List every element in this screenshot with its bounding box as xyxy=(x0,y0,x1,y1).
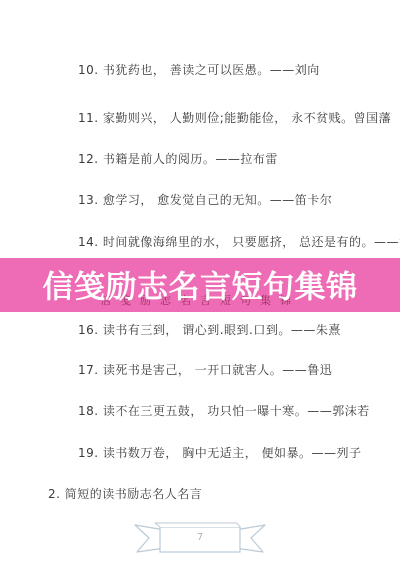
quote-line-18: 18. 读不在三更五鼓， 功只怕一曝十寒。——郭沫若 xyxy=(78,403,370,419)
quote-line-12: 12. 书籍是前人的阅历。——拉布雷 xyxy=(78,151,278,167)
quote-line-11: 11. 家勤则兴， 人勤则俭;能勤能俭， 永不贫贱。曾国藩 xyxy=(78,110,391,126)
page-number: 7 xyxy=(125,530,275,546)
quote-line-16: 16. 读书有三到， 谓心到.眼到.口到。——朱熹 xyxy=(78,322,341,338)
page-number-ribbon: 7 xyxy=(125,516,275,560)
document-page: 10. 书犹药也， 善读之可以医愚。——刘向 11. 家勤则兴， 人勤则俭;能勤… xyxy=(0,0,400,565)
quote-line-13: 13. 愈学习， 愈发觉自己的无知。——笛卡尔 xyxy=(78,192,332,208)
section-heading: 2. 简短的读书励志名人名言 xyxy=(48,486,202,502)
quote-line-10: 10. 书犹药也， 善读之可以医愚。——刘向 xyxy=(78,62,320,78)
quote-line-14: 14. 时间就像海绵里的水， 只要愿挤， 总还是有的。——鲁迅 xyxy=(78,234,400,250)
page-title: 信笺励志名言短句集锦 xyxy=(0,262,400,307)
quote-line-19: 19. 读书数万卷， 胸中无适主， 便如暴。——列子 xyxy=(78,445,362,461)
quote-line-17: 17. 读死书是害己， 一开口就害人。——鲁迅 xyxy=(78,362,332,378)
title-banner: 信笺励志名言短句集锦 信笺励志名言短句集锦 xyxy=(0,258,400,312)
